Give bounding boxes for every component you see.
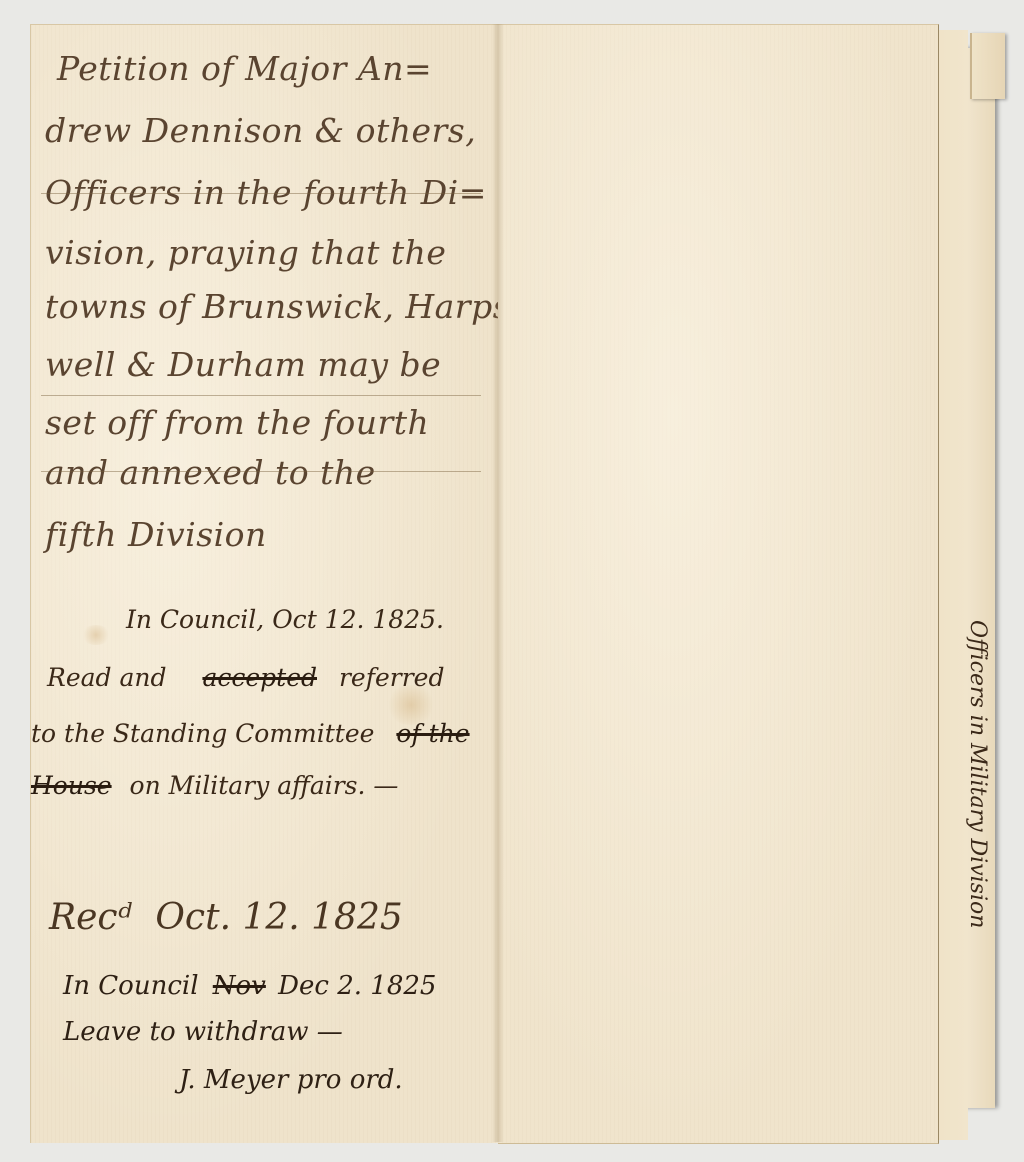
left-page: Petition of Major An= drew Dennison & ot… [30,24,499,1143]
signature: J. Meyer pro ord. [179,1065,403,1095]
docket-line: Petition of Major An= [57,49,432,88]
withdraw-line: Leave to withdraw — [63,1017,343,1047]
ink-stain [81,625,111,645]
ruled-line [41,471,481,472]
received-label: Recᵈ [49,897,132,938]
minute-text: referred [339,663,445,692]
minute-text: to the Standing Committee [31,719,374,748]
received-date: Oct. 12. 1825 [155,897,402,938]
struck-text: Nov [213,971,266,1001]
received-stamp: Recᵈ Oct. 12. 1825 [49,897,403,938]
margin-note: Officers in Military Division [965,620,990,928]
docket-line: well & Durham may be [45,345,441,384]
docket-line: vision, praying that the [45,233,446,272]
right-page-blank [498,24,939,1144]
docket-line: and annexed to the [45,453,376,492]
struck-text: House [31,771,112,800]
center-fold [492,24,504,1142]
minute-text: Read and [47,663,166,692]
document-scan: Petition of Major An= drew Dennison & ot… [0,0,1024,1162]
council-minute-line: Read and accepted referred [47,663,444,692]
minute-text: Dec 2. 1825 [278,971,436,1001]
docket-line: set off from the fourth [45,403,429,442]
council-minute-line: House on Military affairs. — [31,771,398,800]
docket-line: fifth Division [45,515,267,554]
ruled-line [41,395,481,396]
second-minute-line: In Council Nov Dec 2. 1825 [63,971,436,1001]
minute-text: In Council [63,971,199,1001]
folded-tab [970,33,1005,99]
council-minute-line: to the Standing Committee of the [31,719,470,748]
docket-line: towns of Brunswick, Harps= [45,287,538,326]
minute-text: on Military affairs. — [130,771,399,800]
ruled-line [41,193,481,194]
struck-text: accepted [202,663,317,692]
council-minute-heading: In Council, Oct 12. 1825. [126,605,444,634]
docket-line: drew Dennison & others, [45,111,476,150]
struck-text: of the [396,719,469,748]
